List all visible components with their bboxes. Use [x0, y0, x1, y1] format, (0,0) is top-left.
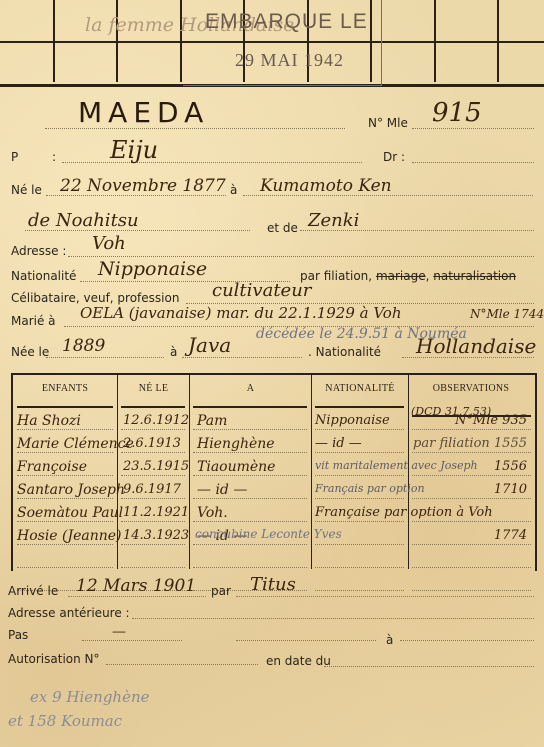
field-line [132, 618, 534, 619]
pas-at-label: à [386, 633, 393, 647]
cell-born: 12.6.1912 [123, 413, 189, 428]
cell-place: Voh. [197, 505, 228, 521]
previous-address-label: Adresse antérieure : [8, 606, 130, 620]
pas-label: Pas [8, 628, 28, 642]
cell-observation: 1556 [494, 459, 527, 474]
header-rule [121, 406, 185, 408]
date-label: en date du [266, 654, 331, 668]
row-line [193, 521, 307, 522]
number-label: N° Mle [368, 116, 408, 130]
field-line [68, 596, 206, 597]
spouse-born-place: Java [188, 333, 231, 357]
born-label: Né le [11, 183, 42, 197]
cell-observation: par filiation 1555 [413, 436, 527, 451]
row-line [315, 567, 404, 568]
row-line [315, 590, 404, 591]
field-line [82, 640, 182, 641]
field-line [412, 128, 534, 129]
row-line [412, 475, 531, 476]
married-value: OELA (javanaise) mar. du 22.1.1929 à Voh [80, 304, 402, 322]
cell-nationality: Français par option [315, 482, 425, 495]
prenom-value: Eiju [110, 136, 158, 164]
spouse-born-year: 1889 [62, 336, 105, 356]
cell-nationality: Nipponaise [315, 413, 390, 428]
row-line [193, 498, 307, 499]
row-line [17, 567, 113, 568]
row-line [193, 475, 307, 476]
cell-place: Tiaoumène [197, 459, 275, 475]
by-label: par [211, 584, 231, 598]
cell-observation: 1710 [494, 482, 527, 497]
row-line [121, 567, 185, 568]
row-line [315, 521, 404, 522]
address-value: Voh [92, 233, 126, 254]
row-line [315, 498, 404, 499]
nationality-struck-marriage: mariage [376, 269, 426, 283]
field-line [62, 162, 362, 163]
married-label: Marié à [11, 314, 56, 328]
cell-name: Marie Clémence [17, 436, 134, 452]
row-line [315, 475, 404, 476]
field-line [68, 256, 534, 257]
cell-name: Hosie (Jeanne) [17, 528, 122, 544]
mother-label: et de [267, 221, 298, 235]
dr-label: Dr : [383, 150, 405, 164]
row-line [412, 521, 531, 522]
row-line [121, 521, 185, 522]
field-line [46, 357, 164, 358]
header-ne-le: NÉ LE [118, 383, 189, 394]
spouse-born-at-label: à [170, 345, 177, 359]
born-date: 22 Novembre 1877 [60, 176, 226, 196]
row-line [121, 498, 185, 499]
row-line [121, 429, 185, 430]
header-nationalite: NATIONALITÉ [312, 383, 408, 394]
children-table: ENFANTS NÉ LE A NATIONALITÉ OBSERVATIONS… [11, 373, 537, 571]
cell-name: Ha Shozi [17, 413, 81, 429]
cell-name: Soemàtou Paul [17, 505, 123, 521]
row-line [193, 452, 307, 453]
cell-place: Hienghène [197, 436, 275, 452]
field-line [412, 162, 534, 163]
cell-name: Françoise [17, 459, 87, 475]
authorization-label: Autorisation N° [8, 652, 100, 666]
row-line [412, 452, 531, 453]
born-place: Kumamoto Ken [260, 176, 392, 196]
field-line [236, 640, 376, 641]
row-line [193, 544, 307, 545]
pas-value: — [112, 624, 126, 640]
field-line [45, 128, 345, 129]
row-line [412, 498, 531, 499]
cell-born: 23.5.1915 [123, 459, 189, 474]
field-line [236, 596, 534, 597]
field-line [324, 666, 534, 667]
row-line [121, 475, 185, 476]
grid-line [497, 0, 499, 82]
header-a: A [190, 383, 311, 394]
header-rule [193, 406, 307, 408]
footer-pencil-line1: ex 9 Hienghène [30, 688, 150, 706]
field-line [182, 357, 302, 358]
stamp-label: EMBARQUE LE [205, 10, 368, 34]
header-rule [17, 406, 113, 408]
stamp-date: 29 MAI 1942 [235, 50, 344, 71]
profession-value: cultivateur [212, 280, 311, 301]
prenom-label: P [11, 150, 18, 164]
row-line [17, 544, 113, 545]
nationality-value: Nipponaise [98, 258, 207, 280]
cell-born: 9.6.1917 [123, 482, 181, 497]
cell-nationality: Française par option à Voh [315, 505, 493, 520]
cell-nationality: — id — [315, 436, 362, 451]
column-divider [408, 375, 409, 569]
cell-place: Pam [197, 413, 227, 429]
header-rule [315, 406, 404, 408]
grid-line [180, 0, 182, 82]
header-observations: OBSERVATIONS [409, 383, 533, 394]
cell-nationality: vit maritalement avec Joseph [315, 459, 478, 472]
cell-born: 14.3.1923 [123, 528, 189, 543]
footer-pencil-line2: et 158 Koumac [8, 712, 122, 730]
row-line [412, 590, 531, 591]
row6-pencil-note: concubine Leconte Yves [195, 527, 342, 541]
row-line [17, 521, 113, 522]
row-line [121, 452, 185, 453]
row-line [17, 452, 113, 453]
row-line [315, 452, 404, 453]
colon: : [52, 150, 56, 164]
row-line [315, 544, 404, 545]
cell-name: Santaro Joseph [17, 482, 125, 498]
grid-line [116, 0, 118, 82]
row-line [315, 429, 404, 430]
row-line [17, 429, 113, 430]
field-line [106, 664, 258, 665]
field-line [400, 640, 534, 641]
row-line [412, 429, 531, 430]
spouse-nationality-label: . Nationalité [308, 345, 381, 359]
address-label: Adresse : [11, 244, 66, 258]
grid-line [53, 0, 55, 82]
arrived-date: 12 Mars 1901 [76, 576, 196, 596]
spouse-born-label: Née le [11, 345, 49, 359]
row-line [121, 544, 185, 545]
cell-born: 2.6.1913 [123, 436, 181, 451]
nationality-struck-naturalisation: naturalisation [433, 269, 516, 283]
row-line [193, 567, 307, 568]
nationality-mode: par filiation, mariage, naturalisation [300, 269, 516, 283]
cell-born: 11.2.1921 [123, 505, 189, 520]
by-value: Titus [250, 574, 296, 595]
row-line [17, 498, 113, 499]
cell-observation: 1774 [494, 528, 527, 543]
number-value: 915 [432, 98, 482, 128]
arrived-label: Arrivé le [8, 584, 58, 598]
mother-value: Zenki [308, 210, 359, 231]
surname: MAEDA [78, 96, 209, 129]
profession-label: Célibataire, veuf, profession [11, 291, 179, 305]
row-line [412, 544, 531, 545]
cell-observation: N°Mle 935 [455, 413, 527, 428]
father-value: de Noahitsu [28, 210, 139, 231]
grid-line [434, 0, 436, 82]
spouse-nationality-value: Hollandaise [416, 334, 536, 358]
born-at-label: à [230, 183, 237, 197]
header-enfants: ENFANTS [13, 383, 117, 394]
row-line [412, 567, 531, 568]
married-number: N°Mle 1744 [470, 307, 544, 321]
embarkation-stamp: EMBARQUE LE 29 MAI 1942 [183, 0, 382, 86]
cell-place: — id — [197, 482, 247, 498]
row-line [17, 475, 113, 476]
row-line [193, 429, 307, 430]
nationality-label: Nationalité [11, 269, 76, 283]
